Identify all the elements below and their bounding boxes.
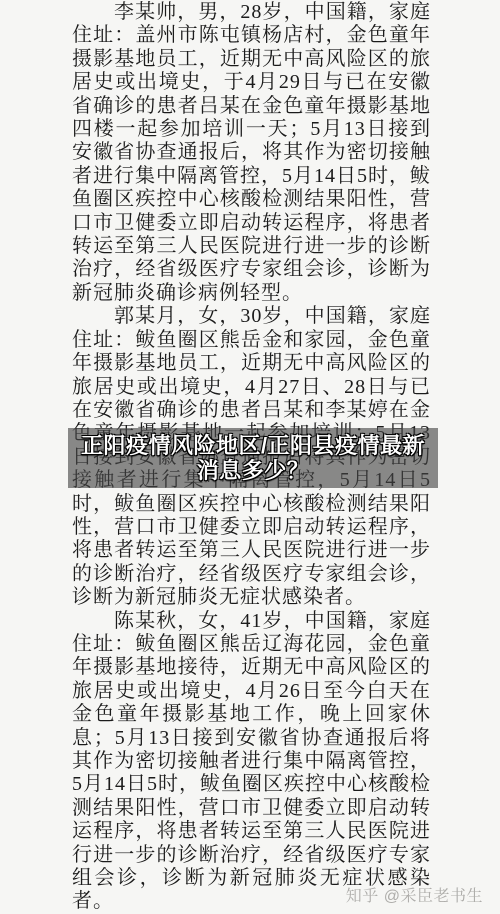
overlay-title-line2: 消息多少？ xyxy=(197,458,310,483)
title-overlay-band: 正阳疫情风险地区/正阳县疫情最新 消息多少？ xyxy=(68,428,438,488)
scanned-article-page: 李某帅，男，28岁，中国籍，家庭住址：盖州市陈屯镇杨店村，金色童年摄影基地员工，… xyxy=(0,0,500,914)
zhihu-watermark: 知乎 @采臣老书生 xyxy=(346,883,483,906)
overlay-title-line1: 正阳疫情风险地区/正阳县疫情最新 xyxy=(81,433,425,458)
paragraph-case-chen-mouqiu: 陈某秋，女，41岁，中国籍，家庭住址：鲅鱼圈区熊岳辽海花园，金色童年摄影基地接待… xyxy=(72,610,431,913)
paragraph-case-li-moushuai: 李某帅，男，28岁，中国籍，家庭住址：盖州市陈屯镇杨店村，金色童年摄影基地员工，… xyxy=(72,1,431,305)
